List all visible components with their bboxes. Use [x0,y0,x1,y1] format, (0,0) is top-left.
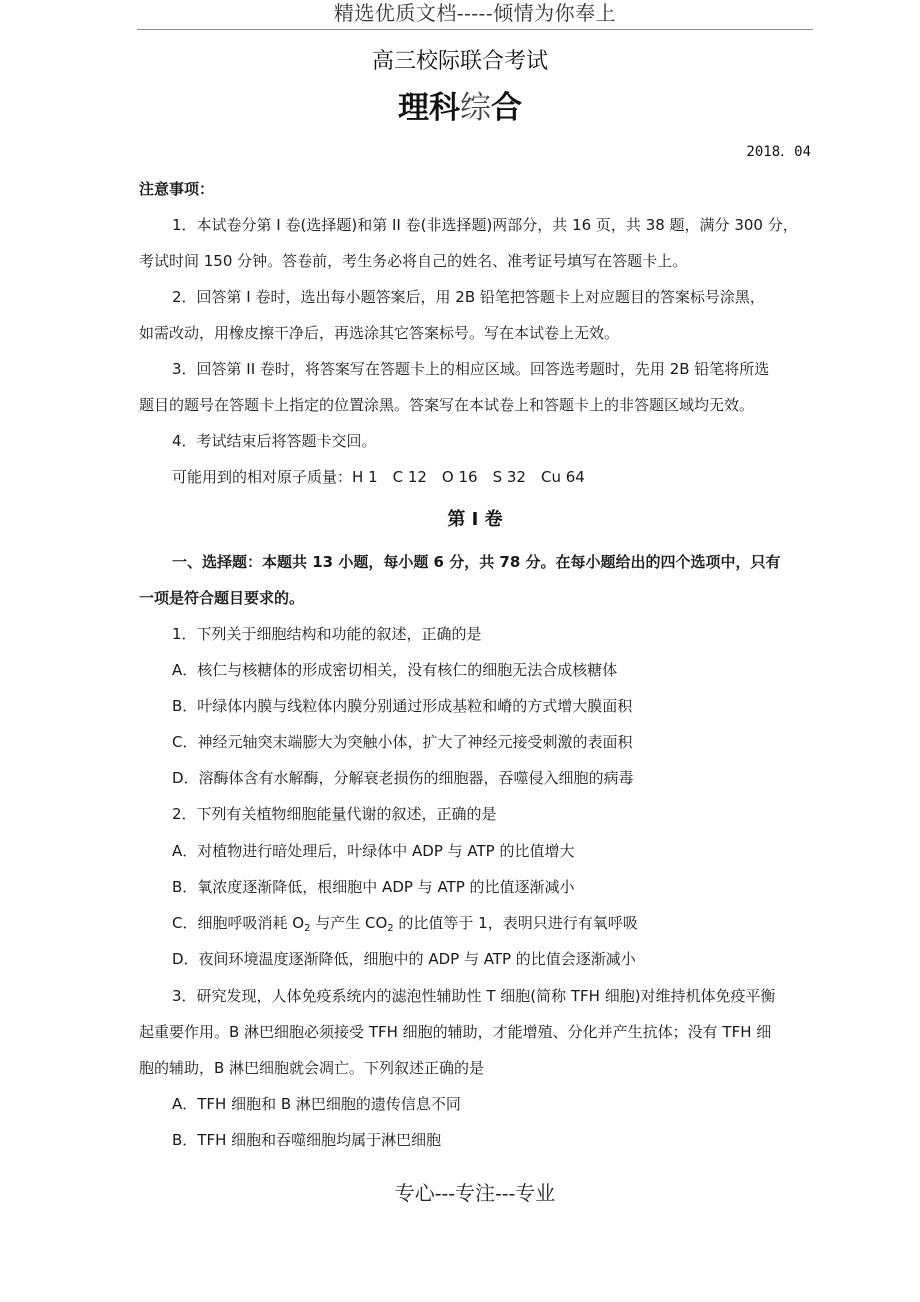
question-1-option-d: D．溶酶体含有水解酶，分解衰老损伤的细胞器，吞噬侵入细胞的病毒 [172,768,852,788]
subject-title-part1: 理科 [398,90,460,126]
exam-title: 高三校际联合考试 [0,48,920,76]
option-c-text-suffix: 的比值等于 1，表明只进行有氧呼吸 [394,914,638,932]
question-2-option-d: D．夜间环境温度逐渐降低，细胞中的 ADP 与 ATP 的比值会逐渐减小 [172,949,852,969]
notice-heading: 注意事项： [139,179,819,199]
question-3-option-a: A．TFH 细胞和 B 淋巴细胞的遗传信息不同 [172,1094,852,1114]
question-3-stem-line-3: 胞的辅助，B 淋巴细胞就会凋亡。下列叙述正确的是 [139,1058,819,1078]
question-3-option-b: B．TFH 细胞和吞噬细胞均属于淋巴细胞 [172,1130,852,1150]
question-3-stem-line-1: 3．研究发现，人体免疫系统内的滤泡性辅助性 T 细胞(简称 TFH 细胞)对维持… [172,986,852,1006]
question-2-stem: 2．下列有关植物细胞能量代谢的叙述，正确的是 [172,804,852,824]
page-footer: 专心---专注---专业 [0,1180,920,1206]
subject-title-part2: 综 [460,90,491,126]
question-1-option-a: A．核仁与核糖体的形成密切相关，没有核仁的细胞无法合成核糖体 [172,660,852,680]
subject-title: 理科综合 [0,88,920,128]
notice-item-1-line-2: 考试时间 150 分钟。答卷前，考生务必将自己的姓名、准考证号填写在答题卡上。 [139,251,819,271]
question-1-option-b: B．叶绿体内膜与线粒体内膜分别通过形成基粒和嵴的方式增大膜面积 [172,696,852,716]
notice-item-2-line-2: 如需改动，用橡皮擦干净后，再选涂其它答案标号。写在本试卷上无效。 [139,323,819,343]
page-header: 精选优质文档-----倾情为你奉上 [137,0,813,30]
section-instruction-line-1: 一、选择题：本题共 13 小题，每小题 6 分，共 78 分。在每小题给出的四个… [172,552,852,572]
question-1-option-c: C．神经元轴突末端膨大为突触小体，扩大了神经元接受刺激的表面积 [172,732,852,752]
notice-item-3-line-1: 3．回答第 II 卷时，将答案写在答题卡上的相应区域。回答选考题时，先用 2B … [172,359,852,379]
question-3-stem-line-2: 起重要作用。B 淋巴细胞必须接受 TFH 细胞的辅助，才能增殖、分化并产生抗体；… [139,1022,819,1042]
question-2-option-b: B．氧浓度逐渐降低，根细胞中 ADP 与 ATP 的比值逐渐减小 [172,877,852,897]
notice-item-2-line-1: 2．回答第 I 卷时，选出每小题答案后，用 2B 铅笔把答题卡上对应题目的答案标… [172,287,852,307]
exam-date: 2018．04 [746,143,811,161]
question-2-option-a: A．对植物进行暗处理后，叶绿体中 ADP 与 ATP 的比值增大 [172,841,852,861]
question-1-stem: 1．下列关于细胞结构和功能的叙述，正确的是 [172,624,852,644]
question-2-option-c: C．细胞呼吸消耗 O2 与产生 CO2 的比值等于 1，表明只进行有氧呼吸 [172,913,852,933]
option-c-text-mid: 与产生 CO [310,914,387,932]
notice-item-4: 4．考试结束后将答题卡交回。 [172,431,852,451]
section-title: 第 I 卷 [0,508,920,532]
atomic-masses-values: H 1 C 12 O 16 S 32 Cu 64 [352,468,585,486]
section-instruction-line-2: 一项是符合题目要求的。 [139,588,819,608]
subject-title-part3: 合 [491,90,522,126]
notice-item-3-line-2: 题目的题号在答题卡上指定的位置涂黑。答案写在本试卷上和答题卡上的非答题区域均无效… [139,395,819,415]
atomic-masses: 可能用到的相对原子质量：H 1 C 12 O 16 S 32 Cu 64 [172,467,852,487]
header-banner: 精选优质文档-----倾情为你奉上 [334,0,616,26]
option-c-text-prefix: C．细胞呼吸消耗 O [172,914,304,932]
notice-item-1-line-1: 1．本试卷分第 I 卷(选择题)和第 II 卷(非选择题)两部分，共 16 页，… [172,215,852,235]
atomic-masses-label: 可能用到的相对原子质量： [172,468,352,486]
